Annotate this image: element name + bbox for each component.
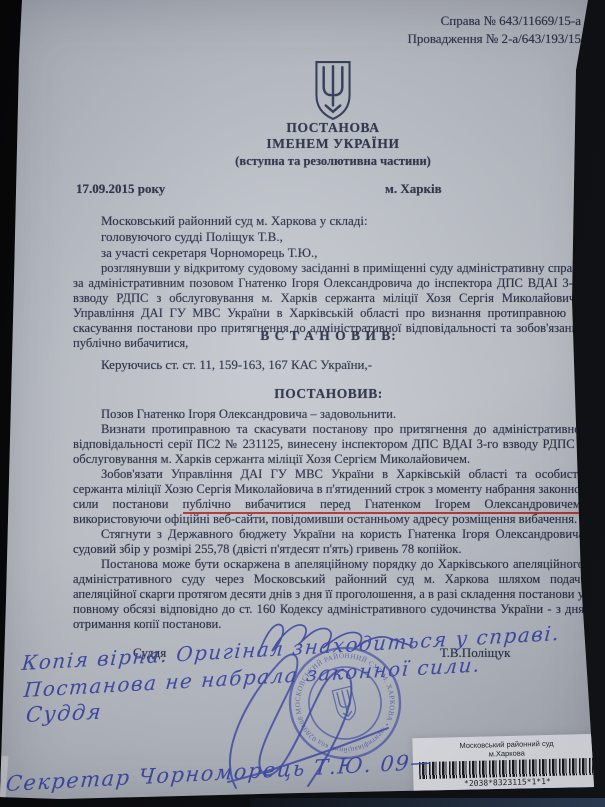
resolved-heading: ПОСТАНОВИВ: <box>73 386 584 402</box>
proceeding-number: Провадження № 2-а/643/193/15 <box>407 30 581 48</box>
presiding-judge-line: головуючого судді Поліщук Т.В., <box>101 229 368 245</box>
ruling-paragraph-2: Визнати протиправною та скасувати постан… <box>73 422 584 467</box>
case-number: Справа № 643/11669/15-а <box>407 12 581 30</box>
document-part-note: (вступна та резолютивна частини) <box>183 153 483 169</box>
ruling-paragraph-3-post: використовуючи офіційні веб-сайти, повід… <box>73 512 577 526</box>
ruling-paragraph-4: Стягнути з Державного бюджету України на… <box>73 527 584 557</box>
ruling-paragraph-3: Зобов'язати Управління ДАІ ГУ МВС Україн… <box>73 467 584 527</box>
decision-date: 17.09.2015 року <box>76 181 165 197</box>
secretary-line: за участі секретаря Чорноморець Т.Ю., <box>101 245 368 261</box>
decision-city: м. Харків <box>385 181 442 197</box>
legal-basis-line: Керуючись ст. ст. 11, 159-163, 167 КАС У… <box>101 357 372 373</box>
court-decision-page: Справа № 643/11669/15-а Провадження № 2-… <box>0 0 605 807</box>
table-edge <box>250 798 605 807</box>
ukraine-trident-icon <box>312 60 354 120</box>
copy-certified-note-line-3: Суддя <box>25 700 104 727</box>
document-title-block: ПОСТАНОВА ІМЕНЕМ УКРАЇНИ (вступна та рез… <box>183 120 483 169</box>
court-name-line: Московський районний суд м. Харкова у ск… <box>101 213 368 229</box>
document-subtitle: ІМЕНЕМ УКРАЇНИ <box>183 136 483 152</box>
document-title: ПОСТАНОВА <box>183 120 483 136</box>
court-composition: Московський районний суд м. Харкова у ск… <box>101 213 368 261</box>
ruling-paragraphs: Позов Гнатенко Ігоря Олександровича – за… <box>73 407 584 632</box>
ruling-paragraph-1: Позов Гнатенко Ігоря Олександровича – за… <box>73 407 584 422</box>
registration-label: Московський районний суд м.Харкова *2038… <box>412 734 601 795</box>
case-reference-block: Справа № 643/11669/15-а Провадження № 2-… <box>407 12 581 47</box>
established-heading: В С Т А Н О В И В: <box>73 328 584 344</box>
